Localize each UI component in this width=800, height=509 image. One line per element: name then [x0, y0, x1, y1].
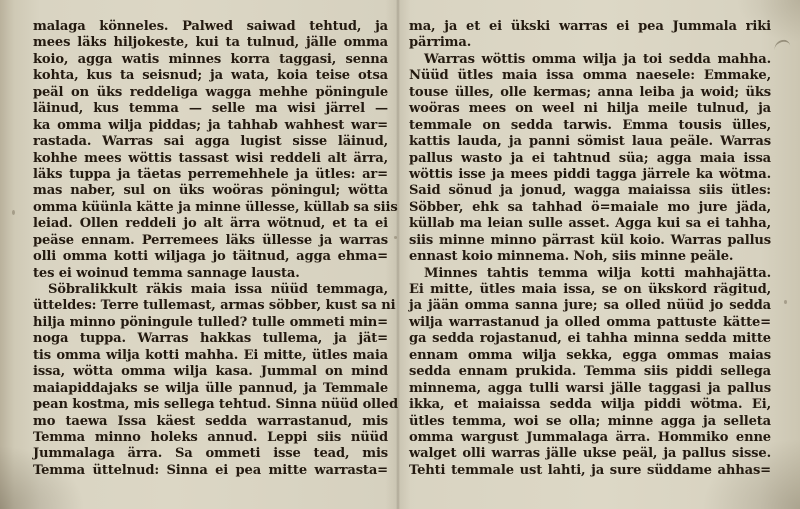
text-line: ga sedda rojastanud, ei tahha minna sedd…: [409, 331, 771, 347]
text-line: Söbralikkult räkis maia issa nüüd temmag…: [33, 282, 388, 298]
text-line: walget olli warras jälle ukse peäl, ja p…: [409, 446, 771, 462]
text-line: wilja warrastanud ja olled omma pattuste…: [409, 315, 771, 331]
text-line: Söbber, ehk sa tahhad ö=maiale mo jure j…: [409, 200, 771, 216]
text-line: woöras mees on weel ni hilja meile tulnu…: [409, 101, 771, 117]
paper-speck: [784, 300, 787, 304]
text-line: omma wargust Jummalaga ärra. Hommiko enn…: [409, 430, 771, 446]
text-line: ja jään omma sanna jure; sa olled nüüd j…: [409, 298, 771, 314]
text-line: pean kostma, mis sellega tehtud. Sinna n…: [33, 397, 388, 413]
text-line: peäse ennam. Perremees läks üllesse ja w…: [33, 233, 388, 249]
text-line: pärrima.: [409, 35, 771, 51]
text-line: Jummalaga ärra. Sa ommeti isse tead, mis: [33, 446, 388, 462]
text-line: ütteldes: Terre tullemast, armas söbber,…: [33, 298, 388, 314]
text-line: läks tuppa ja täetas perremehhele ja ütl…: [33, 167, 388, 183]
text-line: kohta, kus ta seisnud; ja wata, koia tei…: [33, 68, 388, 84]
text-line: Temma minno holeks annud. Leppi siis nüü…: [33, 430, 388, 446]
text-line: ikka, et maiaissa sedda wilja piddi wötm…: [409, 397, 771, 413]
text-line: tis omma wilja kotti mahha. Ei mitte, üt…: [33, 348, 388, 364]
text-line: siis minne minno pärrast kül koio. Warra…: [409, 233, 771, 249]
text-line: Said sönud ja jonud, wagga maiaissa siis…: [409, 183, 771, 199]
book-spread: malaga könneles. Palwed saiwad tehtud, j…: [0, 0, 800, 509]
text-line: Ei mitte, ütles maia issa, se on ükskord…: [409, 282, 771, 298]
text-line: Nüüd ütles maia issa omma naesele: Emmak…: [409, 68, 771, 84]
paper-speck: [12, 210, 15, 215]
text-line: mees läks hiljokeste, kui ta tulnud, jäl…: [33, 35, 388, 51]
text-line: minnema, agga tulli warsi jälle taggasi …: [409, 381, 771, 397]
text-line: maiapiddajaks se wilja ülle pannud, ja T…: [33, 381, 388, 397]
text-line: sedda ennam prukida. Temma siis piddi se…: [409, 364, 771, 380]
right-page-text: ma, ja et ei ükski warras ei pea Jummala…: [409, 19, 771, 479]
text-line: ka omma wilja piddas; ja tahhab wahhest …: [33, 118, 388, 134]
text-line: leiad. Ollen reddeli jo alt ärra wötnud,…: [33, 216, 388, 232]
ink-smudge: [773, 39, 790, 50]
text-line: kattis lauda, ja panni sömist laua peäle…: [409, 134, 771, 150]
text-line: mas naber, sul on üks woöras pöningul; w…: [33, 183, 388, 199]
text-line: Warras wöttis omma wilja ja toi sedda ma…: [409, 52, 771, 68]
text-line: issa, wötta omma wilja kasa. Jummal on m…: [33, 364, 388, 380]
text-line: Temma üttelnud: Sinna ei pea mitte warra…: [33, 463, 388, 479]
text-line: ennam omma wilja sekka, egga ommas maias: [409, 348, 771, 364]
text-line: olli omma kotti wiljaga jo täitnud, agga…: [33, 249, 388, 265]
text-line: tes ei woinud temma sannage lausta.: [33, 266, 388, 282]
text-line: hilja minno pöningule tulled? tulle omme…: [33, 315, 388, 331]
text-line: läinud, kus temma — selle ma wisi järrel…: [33, 101, 388, 117]
paper-speck: [394, 236, 397, 239]
text-line: kohhe mees wöttis tassast wisi reddeli a…: [33, 151, 388, 167]
text-line: malaga könneles. Palwed saiwad tehtud, j…: [33, 19, 388, 35]
text-line: wöttis isse ja mees piddi tagga järrele …: [409, 167, 771, 183]
text-line: Minnes tahtis temma wilja kotti mahhajät…: [409, 266, 771, 282]
text-line: ennast koio minnema. Noh, siis minne peä…: [409, 249, 771, 265]
text-line: mo taewa Issa käest sedda warrastanud, m…: [33, 414, 388, 430]
text-line: peäl on üks reddeliga wagga mehhe pöning…: [33, 85, 388, 101]
text-line: ma, ja et ei ükski warras ei pea Jummala…: [409, 19, 771, 35]
text-line: Tehti temmale ust lahti, ja sure süddame…: [409, 463, 771, 479]
page-gutter: [385, 0, 411, 509]
text-line: temmale on sedda tarwis. Emma tousis üll…: [409, 118, 771, 134]
text-line: küllab ma leian sulle asset. Agga kui sa…: [409, 216, 771, 232]
text-line: ütles temma, woi se olla; minne agga ja …: [409, 414, 771, 430]
text-line: noga tuppa. Warras hakkas tullema, ja jä…: [33, 331, 388, 347]
text-line: koio, agga watis minnes korra taggasi, s…: [33, 52, 388, 68]
text-line: omma küünla kätte ja minne üllesse, küll…: [33, 200, 388, 216]
text-line: touse ülles, olle kermas; anna leiba ja …: [409, 85, 771, 101]
left-page-text: malaga könneles. Palwed saiwad tehtud, j…: [33, 19, 388, 479]
text-line: pallus wasto ja ei tahtnud süa; agga mai…: [409, 151, 771, 167]
text-line: rastada. Warras sai agga lugist sisse lä…: [33, 134, 388, 150]
